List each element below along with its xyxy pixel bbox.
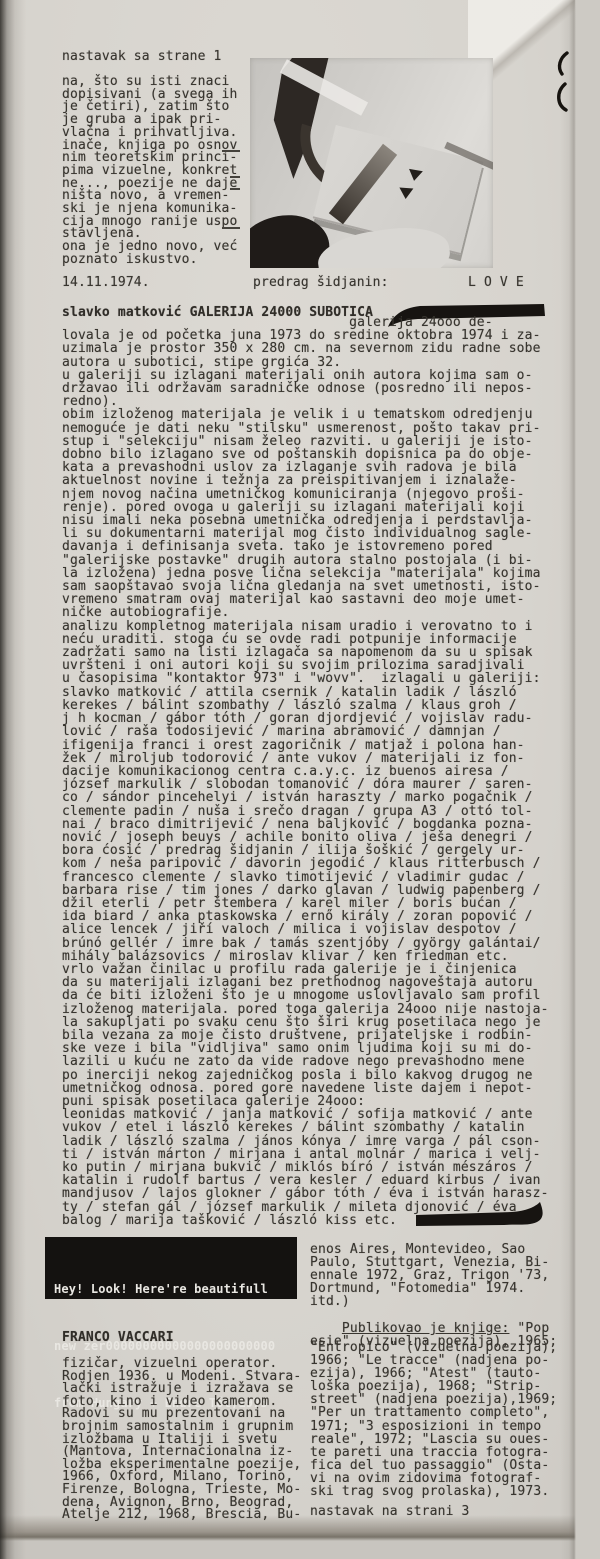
photo-triangle-mark	[399, 188, 414, 200]
continued-from-note: nastavak sa strane 1	[62, 50, 222, 63]
photo-caption-author: predrag šidjanin:	[253, 276, 389, 289]
vaccari-heading: FRANCO VACCARI	[62, 1331, 174, 1344]
typed-underline	[230, 176, 240, 178]
date: 14.11.1974.	[62, 276, 150, 289]
article-body: galerija 24ooo de- lovala je od početka …	[62, 316, 549, 1227]
typed-underline	[222, 227, 240, 229]
artwork-photo	[250, 58, 493, 268]
vaccari-right-column-1: enos Aires, Montevideo, Sao Paulo, Stutt…	[310, 1243, 549, 1308]
photo-caption-title: L O V E	[468, 276, 524, 289]
endre-tot-banner: Hey! Look! Here're beautifull new zer000…	[45, 1237, 297, 1299]
typed-underline	[222, 150, 240, 152]
photo-triangle-mark	[407, 169, 423, 182]
continued-to-note: nastavak na strani 3	[310, 1505, 470, 1518]
intro-paragraph: na, što su isti znaci dopisivani (a sveg…	[62, 76, 238, 267]
banner-line: Hey! Look! Here're beautifull	[54, 1280, 288, 1299]
scanned-page: nastavak sa strane 1 na, što su isti zna…	[0, 0, 600, 1559]
vaccari-right-column-2: "Entropico" (vizuelna poezija), 1966; "L…	[310, 1341, 557, 1498]
vaccari-left-column: fizičar, vizuelni operator. Rodjen 1936.…	[62, 1358, 301, 1522]
list-end-arrow-icon	[416, 1202, 546, 1230]
typed-underline	[230, 188, 240, 190]
handwritten-page-mark	[546, 50, 580, 114]
